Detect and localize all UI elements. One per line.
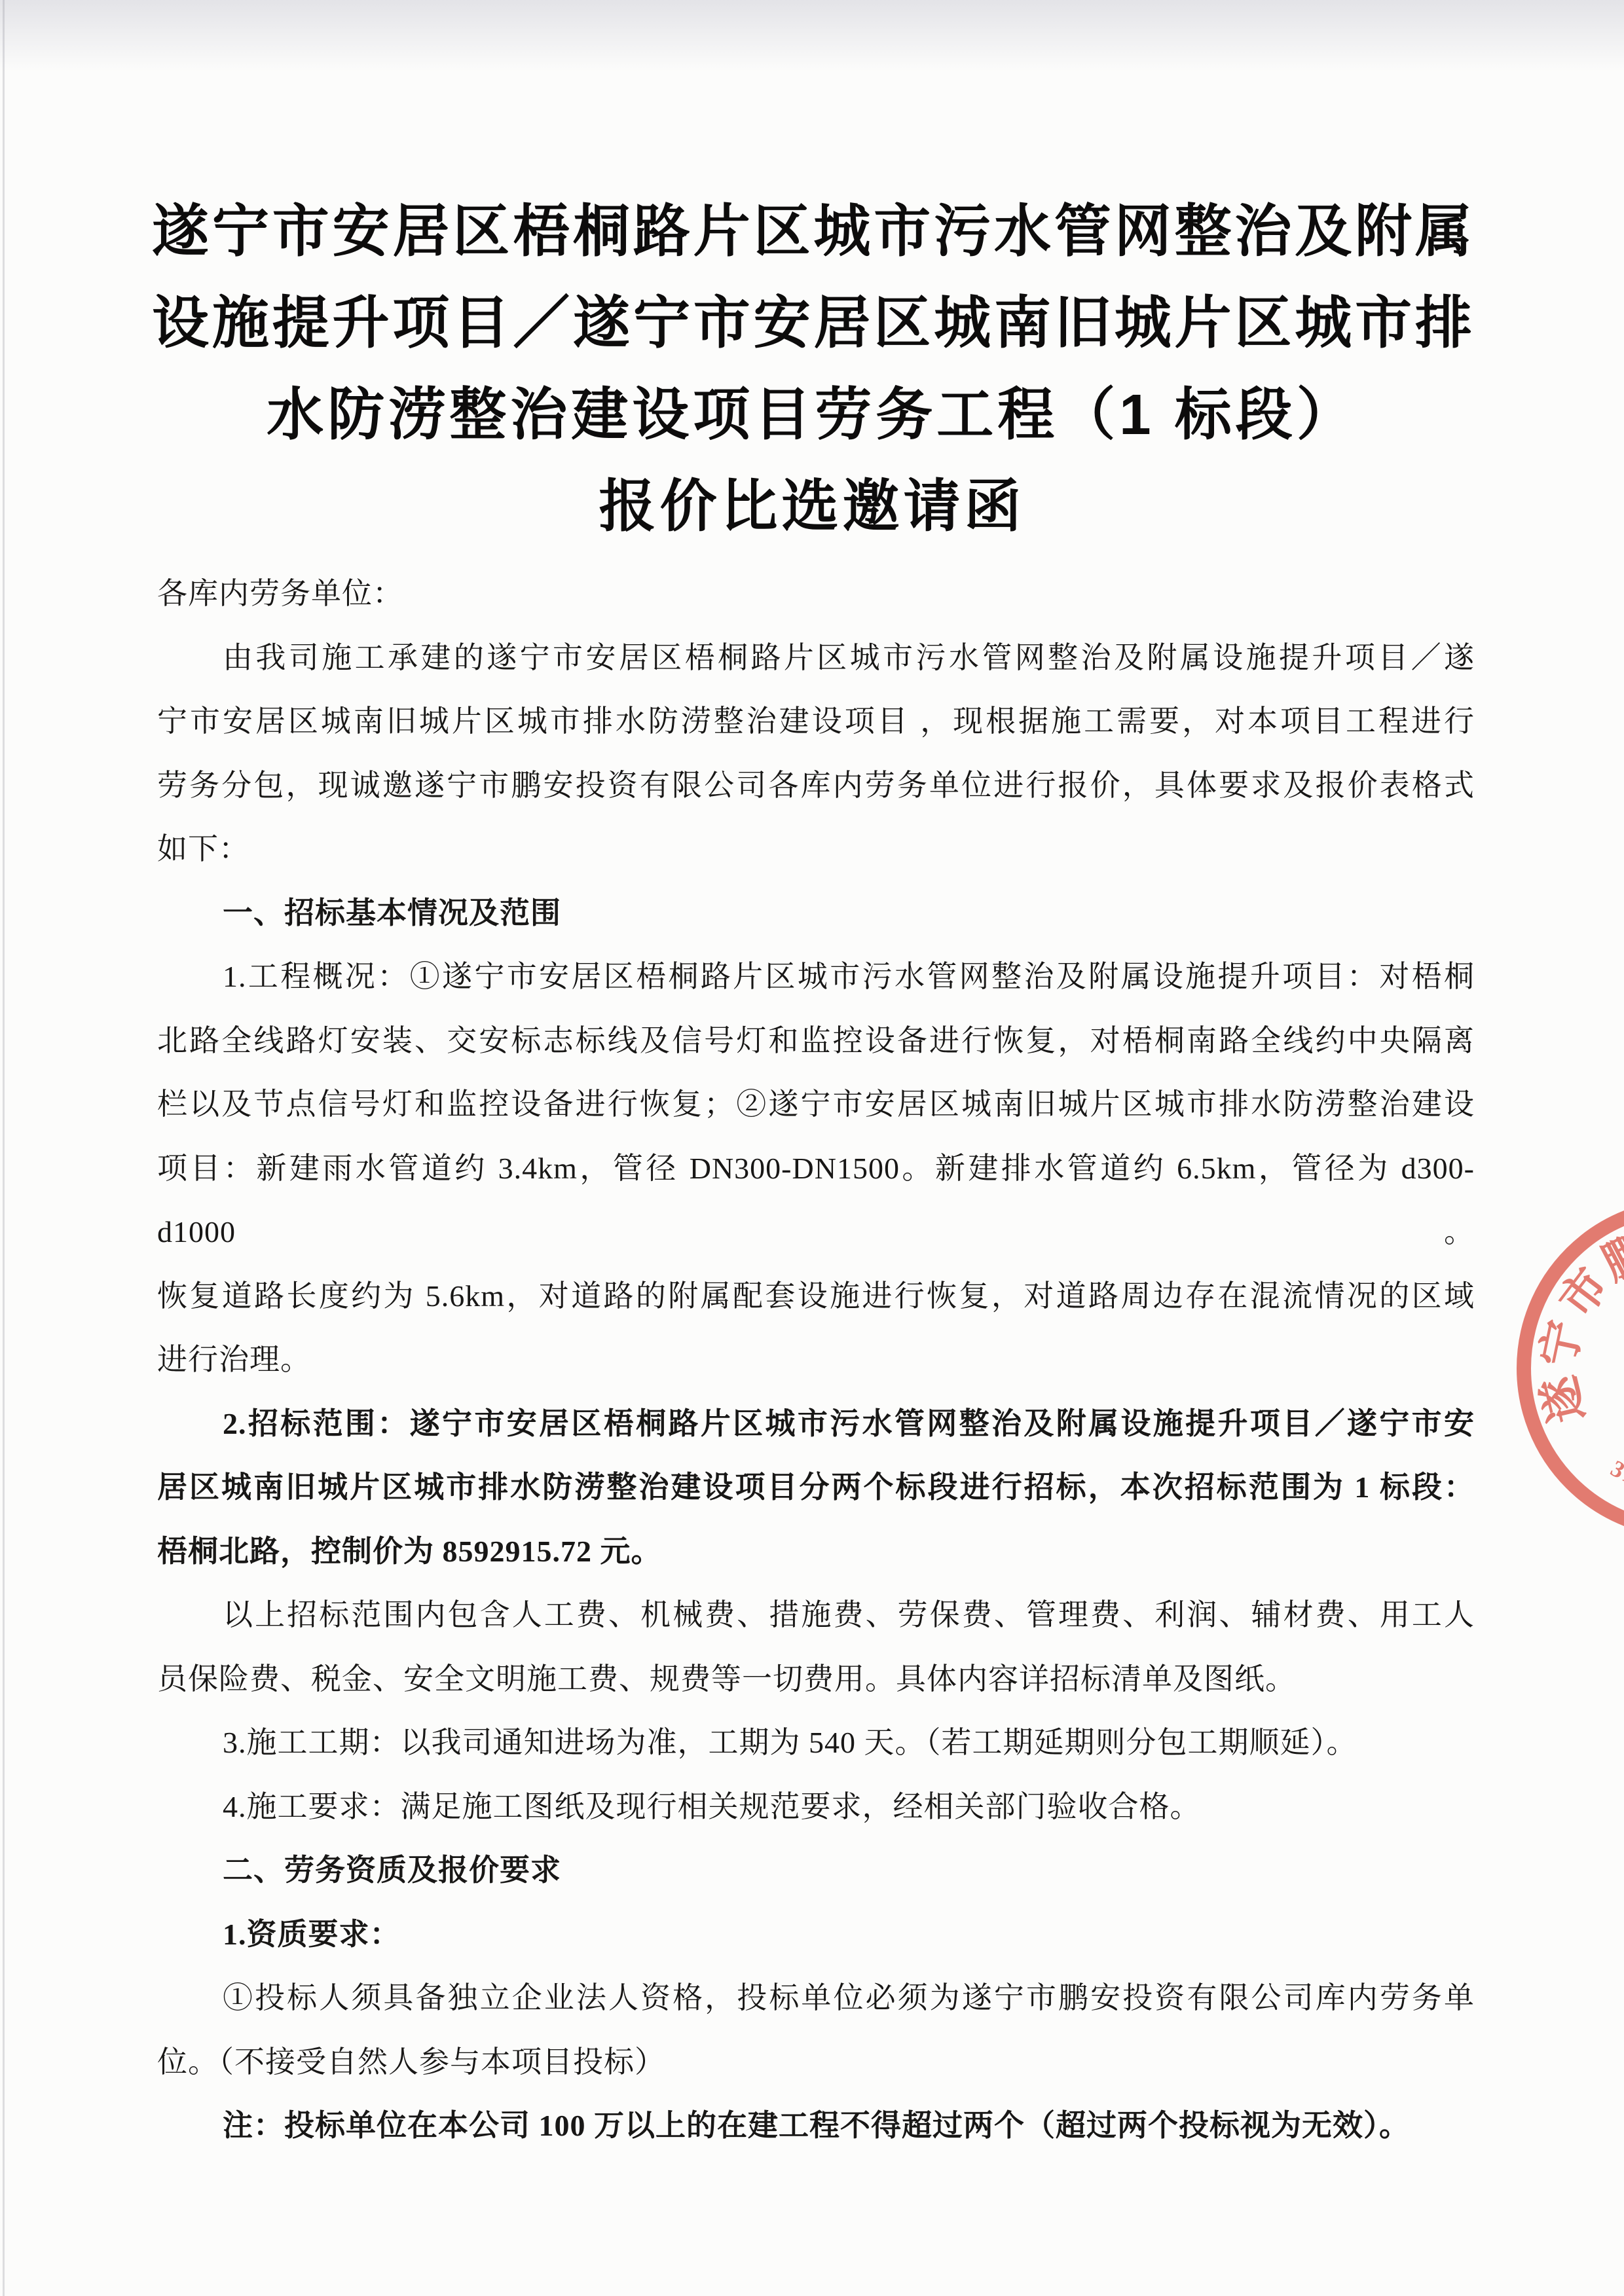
text-line: 以上招标范围内包含人工费、机械费、措施费、劳保费、管理费、利润、辅材费、用工人 xyxy=(157,1583,1475,1647)
text-line: 位。（不接受自然人参与本项目投标） xyxy=(157,2030,1475,2094)
text-line: 项目：新建雨水管道约 3.4km，管径 DN300-DN1500。新建排水管道约… xyxy=(157,1137,1475,1264)
project-overview-item: 1.工程概况：①遂宁市安居区梧桐路片区城市污水管网整治及附属设施提升项目：对梧桐… xyxy=(157,945,1475,1392)
bidder-qualification-item: ①投标人须具备独立企业法人资格，投标单位必须为遂宁市鹏安投资有限公司库内劳务单 … xyxy=(157,1966,1475,2094)
bid-scope-item: 2.招标范围：遂宁市安居区梧桐路片区城市污水管网整治及附属设施提升项目／遂宁市安… xyxy=(157,1392,1475,1584)
title-line: 水防涝整治建设项目劳务工程（1 标段） xyxy=(152,369,1472,461)
document-body: 各库内劳务单位： 由我司施工承建的遂宁市安居区梧桐路片区城市污水管网整治及附属设… xyxy=(157,562,1475,2158)
text-line: 4.施工要求：满足施工图纸及现行相关规范要求，经相关部门验收合格。 xyxy=(157,1775,1475,1839)
concurrent-project-note: 注：投标单位在本公司 100 万以上的在建工程不得超过两个（超过两个投标视为无效… xyxy=(157,2094,1475,2158)
salutation: 各库内劳务单位： xyxy=(157,562,1475,626)
text-line: 各库内劳务单位： xyxy=(157,562,1475,626)
text-line: 宁市安居区城南旧城片区城市排水防涝整治建设项目 ，现根据施工需要，对本项目工程进… xyxy=(157,689,1475,754)
text-line: 员保险费、税金、安全文明施工费、规费等一切费用。具体内容详招标清单及图纸。 xyxy=(157,1647,1475,1711)
construction-period-item: 3.施工工期：以我司通知进场为准，工期为 540 天。（若工期延期则分包工期顺延… xyxy=(157,1711,1475,1775)
text-line: 恢复道路长度约为 5.6km，对道路的附属配套设施进行恢复，对道路周边存在混流情… xyxy=(157,1264,1475,1328)
section-two-heading: 二、劳务资质及报价要求 xyxy=(157,1838,1475,1903)
document-title: 遂宁市安居区梧桐路片区城市污水管网整治及附属 设施提升项目／遂宁市安居区城南旧城… xyxy=(0,0,1624,553)
text-line: 注：投标单位在本公司 100 万以上的在建工程不得超过两个（超过两个投标视为无效… xyxy=(157,2094,1475,2158)
document-page: 遂宁市安居区梧桐路片区城市污水管网整治及附属 设施提升项目／遂宁市安居区城南旧城… xyxy=(0,0,1624,2296)
text-line: 劳务分包，现诚邀遂宁市鹏安投资有限公司各库内劳务单位进行报价，具体要求及报价表格… xyxy=(157,754,1475,818)
text-line: 一、招标基本情况及范围 xyxy=(157,881,1475,945)
text-line: 如下： xyxy=(157,817,1475,881)
text-line: ①投标人须具备独立企业法人资格，投标单位必须为遂宁市鹏安投资有限公司库内劳务单 xyxy=(157,1966,1475,2030)
text-line: 3.施工工期：以我司通知进场为准，工期为 540 天。（若工期延期则分包工期顺延… xyxy=(157,1711,1475,1775)
text-line: 进行治理。 xyxy=(157,1328,1475,1392)
title-line: 遂宁市安居区梧桐路片区城市污水管网整治及附属 xyxy=(152,186,1472,278)
title-line: 设施提升项目／遂宁市安居区城南旧城片区城市排 xyxy=(152,278,1472,369)
title-line-subject: 报价比选邀请函 xyxy=(152,461,1472,553)
section-one-heading: 一、招标基本情况及范围 xyxy=(157,881,1475,945)
text-line-control-price: 梧桐北路，控制价为 8592915.72 元。 xyxy=(157,1520,1475,1584)
qualification-requirements-heading: 1.资质要求： xyxy=(157,1903,1475,1967)
seal-serial-number: 31090 xyxy=(1606,1455,1624,1499)
text-line: 2.招标范围：遂宁市安居区梧桐路片区城市污水管网整治及附属设施提升项目／遂宁市安 xyxy=(157,1392,1475,1456)
text-line: 二、劳务资质及报价要求 xyxy=(157,1838,1475,1903)
text-line: 1.资质要求： xyxy=(157,1903,1475,1967)
construction-requirement-item: 4.施工要求：满足施工图纸及现行相关规范要求，经相关部门验收合格。 xyxy=(157,1775,1475,1839)
text-line: 北路全线路灯安装、交安标志标线及信号灯和监控设备进行恢复，对梧桐南路全线约中央隔… xyxy=(157,1009,1475,1073)
text-line: 居区城南旧城片区城市排水防涝整治建设项目分两个标段进行招标，本次招标范围为 1 … xyxy=(157,1455,1475,1520)
text-line: 栏以及节点信号灯和监控设备进行恢复；②遂宁市安居区城南旧城片区城市排水防涝整治建… xyxy=(157,1072,1475,1137)
intro-paragraph: 由我司施工承建的遂宁市安居区梧桐路片区城市污水管网整治及附属设施提升项目／遂 宁… xyxy=(157,626,1475,881)
cost-inclusion-paragraph: 以上招标范围内包含人工费、机械费、措施费、劳保费、管理费、利润、辅材费、用工人 … xyxy=(157,1583,1475,1711)
scan-edge-artifact xyxy=(3,0,5,2296)
company-seal: 遂宁市鹏 31090 xyxy=(1509,1192,1624,1545)
text-line: 由我司施工承建的遂宁市安居区梧桐路片区城市污水管网整治及附属设施提升项目／遂 xyxy=(157,626,1475,690)
seal-serial-holder: 31090 xyxy=(1606,1455,1624,1499)
text-line: 1.工程概况：①遂宁市安居区梧桐路片区城市污水管网整治及附属设施提升项目：对梧桐 xyxy=(157,945,1475,1009)
